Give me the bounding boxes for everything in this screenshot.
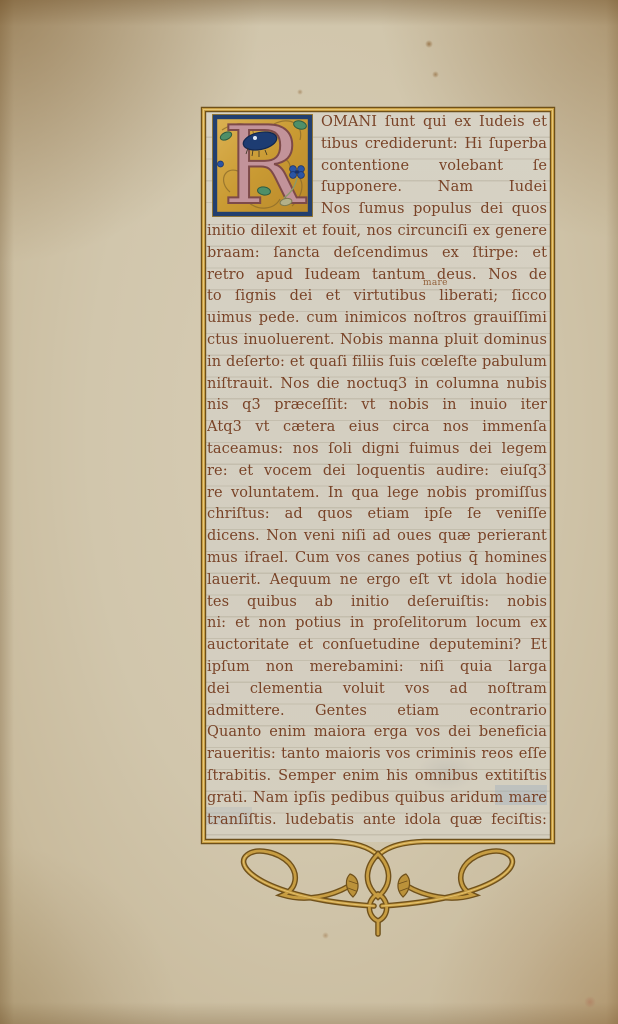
text-line: contentione volebant ſe alterutrū (207, 156, 547, 178)
text-line: ctus inuoluerent. Nobis manna pluit domi… (207, 330, 547, 352)
text-line: mus iſrael. Cum vos canes potius q̄ homi… (207, 548, 547, 570)
text-line: OMANI ſunt qui ex Iudeis et gē (207, 112, 547, 134)
text-line: dicens. Non veni niſi ad oues quæ perier… (207, 526, 547, 548)
text-line: auctoritate et conſuetudine deputemini? … (207, 635, 547, 657)
text-line: ſupponere. Nam Iudei dicebant: (207, 177, 547, 199)
text-line: retro apud Iudeam tantum deus. Nos de æg… (207, 265, 547, 287)
foxing-spot (322, 932, 329, 939)
foxing-spot (297, 89, 303, 95)
text-line: niſtrauit. Nos die noctuq3 in columna nu… (207, 374, 547, 396)
bottom-flourish (244, 851, 513, 934)
text-line: ſtrabitis. Semper enim his omnibus extit… (207, 766, 547, 788)
text-line: tranſiſtis. ludebatis ante idola quæ fec… (207, 810, 547, 832)
text-line: tes quibus ab initio deſeruiſtis: nobis … (207, 592, 547, 614)
manuscript-page: R (0, 0, 618, 1024)
text-line: Atq3 vt cætera eius circa nos immenſa be… (207, 417, 547, 439)
text-line: lauerit. Aequum ne ergo eſt vt idola hod… (207, 570, 547, 592)
twisted-bud-terminals (346, 874, 409, 897)
text-column: OMANI ſunt qui ex Iudeis et gē tibus cre… (207, 112, 547, 831)
text-line: to ſignis dei et virtutibus liberati; ſi… (207, 286, 547, 308)
text-line: taceamus: nos ſoli digni fuimus dei lege… (207, 439, 547, 461)
text-line: dei clementia voluit vos ad noſtram imit… (207, 679, 547, 701)
text-line: tibus crediderunt: Hi ſuperba ı (207, 134, 547, 156)
text-line: admittere. Gentes etiam econtrario reſpo… (207, 701, 547, 723)
text-block: R (201, 107, 553, 842)
text-line: initio dilexit et fouit, nos circunciſi … (207, 221, 547, 243)
text-line: raueritis: tanto maioris vos criminis re… (207, 744, 547, 766)
text-line: Quanto enim maiora erga vos dei benefici… (207, 722, 547, 744)
text-line: re voluntatem. In qua lege nobis promiſſ… (207, 483, 547, 505)
foxing-spot (425, 40, 433, 48)
text-line: in deſerto: et quaſi filiis ſuis cœleſte… (207, 352, 547, 374)
text-line: re: et vocem dei loquentis audire: eiuſq… (207, 461, 547, 483)
foxing-spot (432, 71, 439, 78)
text-line: ipſum non merebamini: niſi quia larga ſe… (207, 657, 547, 679)
foxing-spot (584, 996, 596, 1008)
text-line: chriſtus: ad quos etiam ipſe ſe veniſſe … (207, 504, 547, 526)
text-line: braam: ſancta deſcendimus ex ſtirpe: et … (207, 243, 547, 265)
text-line: ni: et non potius in proſelitorum locum … (207, 613, 547, 635)
text-line: uimus pede. cum inimicos noſtros grauiſſ… (207, 308, 547, 330)
interlinear-gloss: mare (423, 278, 448, 288)
text-line: Nos ſumus populus dei quos ab (207, 199, 547, 221)
text-line: nis q3 præceſſit: vt nobis in inuio iter… (207, 395, 547, 417)
text-line: grati. Nam ipſis pedibus quibus aridum m… (207, 788, 547, 810)
